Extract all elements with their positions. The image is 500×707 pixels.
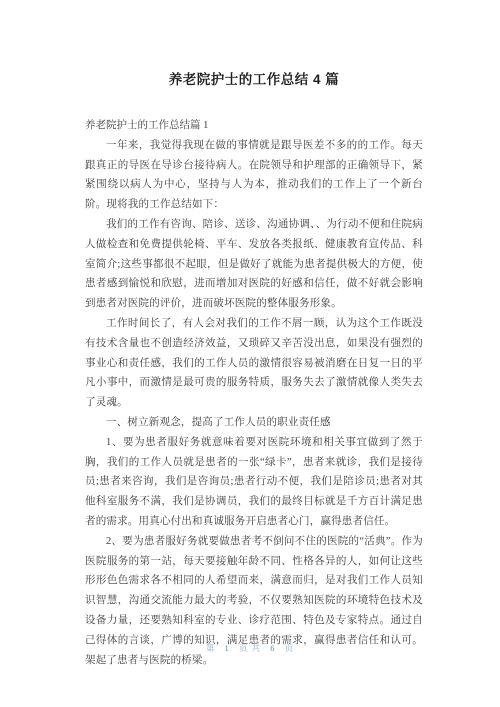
body-paragraph: 一年来，我觉得我现在做的事情就是跟导医差不多的的工作。每天跟真正的导医在导诊台接… [85,136,423,215]
page-footer: 第 1 页 共 6 页 [0,642,500,654]
document-page: 养老院护士的工作总结 4 篇 养老院护士的工作总结篇 1 一年来，我觉得我现在做… [0,0,500,707]
body-paragraph: 工作时间长了，有人会对我们的工作不屑一顾，认为这个工作既没有技术含量也不创造经济… [85,314,423,413]
section-heading: 养老院护士的工作总结篇 1 [85,116,423,136]
body-paragraph: 1、要为患者服好务就意味着要对医院环境和相关事宜做到了然于胸，我们的工作人员就是… [85,433,423,532]
document-content: 养老院护士的工作总结 4 篇 养老院护士的工作总结篇 1 一年来，我觉得我现在做… [85,0,423,670]
current-page-number: 1 [225,643,230,653]
list-heading: 一、树立新观念，提高了工作人员的职业责任感 [85,413,423,433]
total-pages-number: 6 [270,643,275,653]
footer-label-page-prefix: 第 [206,643,216,653]
footer-label-page-of: 页 共 [239,643,261,653]
document-title: 养老院护士的工作总结 4 篇 [85,70,423,90]
body-paragraph: 我们的工作有咨询、陪诊、送诊、沟通协调、、为行动不便和住院病人做检查和免费提供轮… [85,215,423,314]
footer-label-page-suffix: 页 [285,643,295,653]
